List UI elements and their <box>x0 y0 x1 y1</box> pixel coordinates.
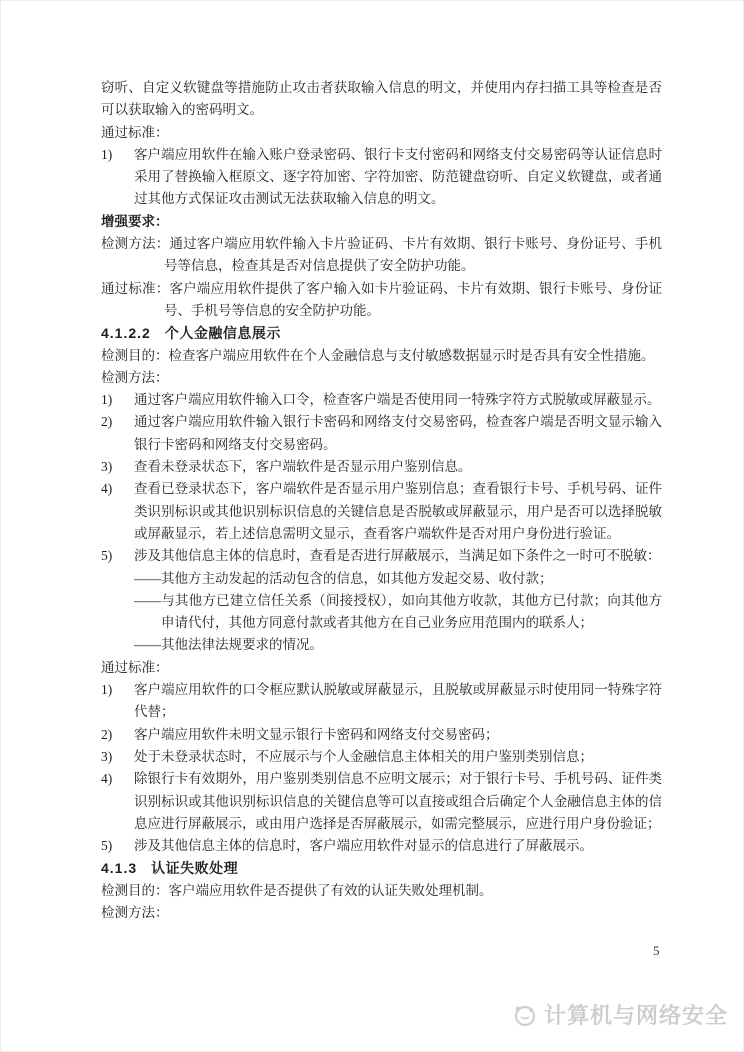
numbered-item: 4) 查看已登录状态下，客户端软件是否显示用户鉴别信息；查看银行卡号、手机号码、… <box>101 478 662 545</box>
purpose-text: 客户端应用软件是否提供了有效的认证失败处理机制。 <box>169 883 493 898</box>
numbered-item: 3) 处于未登录状态时，不应展示与个人金融信息主体相关的用户鉴别类别信息； <box>101 746 662 768</box>
dash-subitem: ——与其他方已建立信任关系（间接授权），如向其他方收款，其他方已付款；向其他方申… <box>101 590 662 635</box>
page-body-text: 窃听、自定义软键盘等措施防止攻击者获取输入信息的明文，并使用内存扫描工具等检查是… <box>101 77 662 924</box>
item-text: 涉及其他信息主体的信息时，客户端应用软件对显示的信息进行了屏蔽展示。 <box>134 838 593 853</box>
item-number: 2) <box>101 724 112 746</box>
watermark: 计算机与网络安全 <box>511 999 728 1030</box>
method-standard-label: 检测方法： <box>101 902 662 924</box>
numbered-item: 2) 客户端应用软件未明文显示银行卡密码和网络支付交易密码； <box>101 724 662 746</box>
item-text: 查看未登录状态下，客户端软件是否显示用户鉴别信息。 <box>134 459 472 474</box>
numbered-item: 1) 客户端应用软件的口令框应默认脱敏或屏蔽显示，且脱敏或屏蔽显示时使用同一特殊… <box>101 679 662 724</box>
brand-logo-icon <box>511 1002 537 1028</box>
section-title: 认证失败处理 <box>151 860 238 876</box>
section-heading-413: 4.1.3认证失败处理 <box>101 857 662 879</box>
purpose-label: 检测目的： <box>101 348 169 363</box>
numbered-item: 3) 查看未登录状态下，客户端软件是否显示用户鉴别信息。 <box>101 456 662 478</box>
pass-label: 通过标准： <box>101 281 169 296</box>
purpose-label: 检测目的： <box>101 883 169 898</box>
item-number: 1) <box>101 144 112 166</box>
item-number: 1) <box>101 679 112 701</box>
section-number: 4.1.2.2 <box>101 325 151 341</box>
item-text: 除银行卡有效期外，用户鉴别类别信息不应明文展示；对于银行卡号、手机号码、证件类识… <box>134 771 662 831</box>
item-text: 客户端应用软件在输入账户登录密码、银行卡支付密码和网络支付交易密码等认证信息时采… <box>134 147 662 207</box>
item-number: 4) <box>101 768 112 790</box>
item-text: 查看已登录状态下，客户端软件是否显示用户鉴别信息；查看银行卡号、手机号码、证件类… <box>134 481 662 541</box>
pass-standard-label: 通过标准： <box>101 122 662 144</box>
item-number: 5) <box>101 835 112 857</box>
pass-standard-label: 通过标准： <box>101 657 662 679</box>
pass-text: 客户端应用软件提供了客户输入如卡片验证码、卡片有效期、银行卡账号、身份证号、手机… <box>164 281 662 318</box>
item-text: 通过客户端应用软件输入银行卡密码和网络支付交易密码，检查客户端是否明文显示输入银… <box>134 414 662 451</box>
item-number: 2) <box>101 411 112 433</box>
item-text: 通过客户端应用软件输入口令，检查客户端是否使用同一特殊字符方式脱敏或屏蔽显示。 <box>134 392 661 407</box>
item-number: 4) <box>101 478 112 500</box>
enhanced-method-paragraph: 检测方法：通过客户端应用软件输入卡片验证码、卡片有效期、银行卡账号、身份证号、手… <box>101 233 662 278</box>
dash-subitem: ——其他法律法规要求的情况。 <box>101 634 662 656</box>
numbered-item: 5) 涉及其他信息主体的信息时，查看是否进行屏蔽展示，当满足如下条件之一时可不脱… <box>101 545 662 567</box>
item-number: 3) <box>101 746 112 768</box>
item-number: 3) <box>101 456 112 478</box>
paragraph-continuation: 窃听、自定义软键盘等措施防止攻击者获取输入信息的明文，并使用内存扫描工具等检查是… <box>101 77 662 122</box>
section-number: 4.1.3 <box>101 860 137 876</box>
page-number: 5 <box>653 943 660 959</box>
numbered-item: 2) 通过客户端应用软件输入银行卡密码和网络支付交易密码，检查客户端是否明文显示… <box>101 411 662 456</box>
section-title: 个人金融信息展示 <box>165 325 281 341</box>
item-text: 客户端应用软件的口令框应默认脱敏或屏蔽显示，且脱敏或屏蔽显示时使用同一特殊字符代… <box>134 682 662 719</box>
purpose-text: 检查客户端应用软件在个人金融信息与支付敏感数据显示时是否具有安全性措施。 <box>169 348 655 363</box>
numbered-item: 4) 除银行卡有效期外，用户鉴别类别信息不应明文展示；对于银行卡号、手机号码、证… <box>101 768 662 835</box>
item-text: 涉及其他信息主体的信息时，查看是否进行屏蔽展示，当满足如下条件之一时可不脱敏： <box>134 548 661 563</box>
purpose-paragraph: 检测目的：客户端应用软件是否提供了有效的认证失败处理机制。 <box>101 880 662 902</box>
numbered-item: 1) 客户端应用软件在输入账户登录密码、银行卡支付密码和网络支付交易密码等认证信… <box>101 144 662 211</box>
dash-subitem: ——其他方主动发起的活动包含的信息，如其他方发起交易、收付款； <box>101 568 662 590</box>
purpose-paragraph: 检测目的：检查客户端应用软件在个人金融信息与支付敏感数据显示时是否具有安全性措施… <box>101 345 662 367</box>
enhanced-requirement-label: 增强要求： <box>101 211 662 233</box>
section-heading-4122: 4.1.2.2个人金融信息展示 <box>101 322 662 344</box>
watermark-label: 计算机与网络安全 <box>544 999 728 1030</box>
item-number: 5) <box>101 545 112 567</box>
item-text: 客户端应用软件未明文显示银行卡密码和网络支付交易密码； <box>134 727 499 742</box>
method-text: 通过客户端应用软件输入卡片验证码、卡片有效期、银行卡账号、身份证号、手机号等信息… <box>164 236 662 273</box>
numbered-item: 1) 通过客户端应用软件输入口令，检查客户端是否使用同一特殊字符方式脱敏或屏蔽显… <box>101 389 662 411</box>
item-text: 处于未登录状态时，不应展示与个人金融信息主体相关的用户鉴别类别信息； <box>134 749 593 764</box>
document-page: 窃听、自定义软键盘等措施防止攻击者获取输入信息的明文，并使用内存扫描工具等检查是… <box>0 0 744 1052</box>
enhanced-pass-paragraph: 通过标准：客户端应用软件提供了客户输入如卡片验证码、卡片有效期、银行卡账号、身份… <box>101 278 662 323</box>
method-standard-label: 检测方法： <box>101 367 662 389</box>
method-label: 检测方法： <box>101 236 169 251</box>
item-number: 1) <box>101 389 112 411</box>
numbered-item: 5) 涉及其他信息主体的信息时，客户端应用软件对显示的信息进行了屏蔽展示。 <box>101 835 662 857</box>
